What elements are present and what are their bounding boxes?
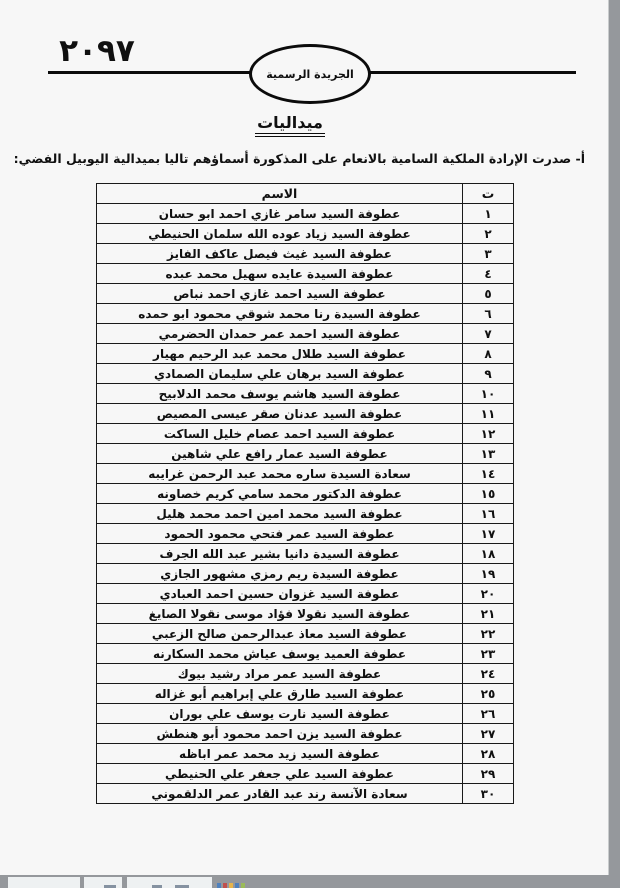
section-title-wrap: ميداليات	[0, 113, 608, 137]
row-index-cell: ٢٥	[463, 684, 514, 704]
row-index-cell: ٢٩	[463, 764, 514, 784]
row-index-cell: ١٥	[463, 484, 514, 504]
row-index-cell: ٤	[463, 264, 514, 284]
row-index-cell: ٢١	[463, 604, 514, 624]
row-index-cell: ٥	[463, 284, 514, 304]
row-name-cell: عطوفة السيد معاذ عبدالرحمن صالح الزعبي	[97, 624, 463, 644]
row-name-cell: عطوفة السيدة رنا محمد شوقي محمود ابو حمد…	[97, 304, 463, 324]
row-index-cell: ٢	[463, 224, 514, 244]
row-name-cell: عطوفة السيد عمر مراد رشيد بيوك	[97, 664, 463, 684]
row-name-cell: عطوفة السيدة دانيا بشير عبد الله الجرف	[97, 544, 463, 564]
gazette-label: الجريدة الرسمية	[266, 68, 354, 81]
taskbar-item[interactable]	[127, 877, 212, 888]
row-name-cell: عطوفة السيدة ريم رمزي مشهور الجازي	[97, 564, 463, 584]
glyph-yellow	[229, 883, 233, 888]
gazette-seal-ellipse: الجريدة الرسمية	[249, 44, 371, 104]
row-name-cell: عطوفة السيد طارق علي إبراهيم أبو غزاله	[97, 684, 463, 704]
row-index-cell: ٢٣	[463, 644, 514, 664]
column-header-index: ت	[463, 184, 514, 204]
row-name-cell: عطوفة السيد غيث فيصل عاكف الفايز	[97, 244, 463, 264]
row-name-cell: عطوفة السيدة عايده سهيل محمد عبده	[97, 264, 463, 284]
table-row: ٦عطوفة السيدة رنا محمد شوقي محمود ابو حم…	[97, 304, 514, 324]
table-row: ٢٨عطوفة السيد زيد محمد عمر اباظه	[97, 744, 514, 764]
table-row: ٢٤عطوفة السيد عمر مراد رشيد بيوك	[97, 664, 514, 684]
row-name-cell: عطوفة السيد احمد غازي احمد نباص	[97, 284, 463, 304]
row-index-cell: ٢٢	[463, 624, 514, 644]
table-row: ٩عطوفة السيد برهان علي سليمان الصمادي	[97, 364, 514, 384]
row-index-cell: ٢٧	[463, 724, 514, 744]
column-header-name: الاسم	[97, 184, 463, 204]
table-row: ٢٥عطوفة السيد طارق علي إبراهيم أبو غزاله	[97, 684, 514, 704]
glyph-red	[223, 883, 227, 888]
row-name-cell: عطوفة الدكتور محمد سامي كريم خصاونه	[97, 484, 463, 504]
table-header-row: ت الاسم	[97, 184, 514, 204]
row-index-cell: ٧	[463, 324, 514, 344]
row-name-cell: عطوفة السيد زياد عوده الله سلمان الحنيطي	[97, 224, 463, 244]
row-name-cell: عطوفة السيد يزن احمد محمود أبو هنطش	[97, 724, 463, 744]
table-row: ١٦عطوفة السيد محمد امين احمد محمد هليل	[97, 504, 514, 524]
table-row: ٢١عطوفة السيد نقولا فؤاد موسى نقولا الصا…	[97, 604, 514, 624]
table-row: ٢٦عطوفة السيد نارت يوسف علي بوران	[97, 704, 514, 724]
row-name-cell: عطوفة السيد احمد عمر حمدان الحضرمي	[97, 324, 463, 344]
table-row: ٢٠عطوفة السيد غزوان حسين احمد العبادي	[97, 584, 514, 604]
table-row: ١١عطوفة السيد عدنان صقر عيسى المصيص	[97, 404, 514, 424]
row-name-cell: عطوفة السيد عمار رافع علي شاهين	[97, 444, 463, 464]
row-name-cell: سعادة الآنسة رند عبد القادر عمر الدلقمون…	[97, 784, 463, 804]
row-name-cell: عطوفة السيد نارت يوسف علي بوران	[97, 704, 463, 724]
row-index-cell: ٢٦	[463, 704, 514, 724]
row-name-cell: عطوفة السيد غزوان حسين احمد العبادي	[97, 584, 463, 604]
table-row: ٥عطوفة السيد احمد غازي احمد نباص	[97, 284, 514, 304]
row-index-cell: ٨	[463, 344, 514, 364]
row-index-cell: ١٨	[463, 544, 514, 564]
table-row: ١٣عطوفة السيد عمار رافع علي شاهين	[97, 444, 514, 464]
row-index-cell: ٣٠	[463, 784, 514, 804]
table-row: ١٢عطوفة السيد احمد عصام خليل الساكت	[97, 424, 514, 444]
section-title: ميداليات	[255, 113, 325, 137]
row-name-cell: عطوفة السيد عدنان صقر عيسى المصيص	[97, 404, 463, 424]
medal-recipients-table: ت الاسم ١عطوفة السيد سامر غازي احمد ابو …	[96, 183, 514, 804]
row-name-cell: عطوفة السيد احمد عصام خليل الساكت	[97, 424, 463, 444]
row-index-cell: ٢٨	[463, 744, 514, 764]
table-row: ٢٣عطوفة العميد يوسف عياش محمد السكارنه	[97, 644, 514, 664]
table-row: ١٥عطوفة الدكتور محمد سامي كريم خصاونه	[97, 484, 514, 504]
glyph-green	[241, 883, 245, 888]
row-index-cell: ١١	[463, 404, 514, 424]
table-row: ١٨عطوفة السيدة دانيا بشير عبد الله الجرف	[97, 544, 514, 564]
row-index-cell: ١٣	[463, 444, 514, 464]
row-name-cell: سعادة السيدة ساره محمد عبد الرحمن غرايبه	[97, 464, 463, 484]
table-row: ٢عطوفة السيد زياد عوده الله سلمان الحنيط…	[97, 224, 514, 244]
row-name-cell: عطوفة السيد عمر فتحي محمود الحمود	[97, 524, 463, 544]
table-row: ٣٠سعادة الآنسة رند عبد القادر عمر الدلقم…	[97, 784, 514, 804]
row-index-cell: ١٧	[463, 524, 514, 544]
taskbar-colored-glyphs[interactable]	[217, 883, 245, 888]
row-name-cell: عطوفة السيد علي جعفر علي الحنيطي	[97, 764, 463, 784]
row-index-cell: ١٦	[463, 504, 514, 524]
row-index-cell: ٢٠	[463, 584, 514, 604]
taskbar-item[interactable]	[84, 877, 122, 888]
table-row: ١٠عطوفة السيد هاشم يوسف محمد الدلابيح	[97, 384, 514, 404]
table-row: ٤عطوفة السيدة عايده سهيل محمد عبده	[97, 264, 514, 284]
taskbar-item[interactable]	[8, 877, 80, 888]
table-row: ٨عطوفة السيد طلال محمد عبد الرحيم مهيار	[97, 344, 514, 364]
row-name-cell: عطوفة السيد طلال محمد عبد الرحيم مهيار	[97, 344, 463, 364]
row-index-cell: ١٤	[463, 464, 514, 484]
intro-paragraph: أ- صدرت الإرادة الملكية السامية بالانعام…	[23, 148, 585, 170]
row-index-cell: ١٢	[463, 424, 514, 444]
table-row: ٢٢عطوفة السيد معاذ عبدالرحمن صالح الزعبي	[97, 624, 514, 644]
row-index-cell: ١٠	[463, 384, 514, 404]
screen: ٢٠٩٧ الجريدة الرسمية ميداليات أ- صدرت ال…	[0, 0, 620, 888]
table-row: ٢٧عطوفة السيد يزن احمد محمود أبو هنطش	[97, 724, 514, 744]
table-row: ١٧عطوفة السيد عمر فتحي محمود الحمود	[97, 524, 514, 544]
viewer-right-edge	[608, 0, 620, 888]
table-row: ٧عطوفة السيد احمد عمر حمدان الحضرمي	[97, 324, 514, 344]
table-row: ١٤سعادة السيدة ساره محمد عبد الرحمن غراي…	[97, 464, 514, 484]
glyph-blue	[217, 883, 221, 888]
document-page: ٢٠٩٧ الجريدة الرسمية ميداليات أ- صدرت ال…	[0, 0, 608, 875]
medal-table-body: ١عطوفة السيد سامر غازي احمد ابو حسان٢عطو…	[97, 204, 514, 804]
row-index-cell: ٩	[463, 364, 514, 384]
row-index-cell: ٣	[463, 244, 514, 264]
page-number: ٢٠٩٧	[52, 34, 142, 68]
row-index-cell: ١٩	[463, 564, 514, 584]
row-index-cell: ٢٤	[463, 664, 514, 684]
table-row: ٣عطوفة السيد غيث فيصل عاكف الفايز	[97, 244, 514, 264]
table-row: ١٩عطوفة السيدة ريم رمزي مشهور الجازي	[97, 564, 514, 584]
table-row: ٢٩عطوفة السيد علي جعفر علي الحنيطي	[97, 764, 514, 784]
row-name-cell: عطوفة السيد زيد محمد عمر اباظه	[97, 744, 463, 764]
row-name-cell: عطوفة السيد هاشم يوسف محمد الدلابيح	[97, 384, 463, 404]
row-name-cell: عطوفة السيد نقولا فؤاد موسى نقولا الصايغ	[97, 604, 463, 624]
row-index-cell: ٦	[463, 304, 514, 324]
row-index-cell: ١	[463, 204, 514, 224]
table-row: ١عطوفة السيد سامر غازي احمد ابو حسان	[97, 204, 514, 224]
row-name-cell: عطوفة السيد محمد امين احمد محمد هليل	[97, 504, 463, 524]
taskbar	[0, 875, 620, 888]
glyph-blue-2	[235, 883, 239, 888]
row-name-cell: عطوفة العميد يوسف عياش محمد السكارنه	[97, 644, 463, 664]
row-name-cell: عطوفة السيد برهان علي سليمان الصمادي	[97, 364, 463, 384]
row-name-cell: عطوفة السيد سامر غازي احمد ابو حسان	[97, 204, 463, 224]
